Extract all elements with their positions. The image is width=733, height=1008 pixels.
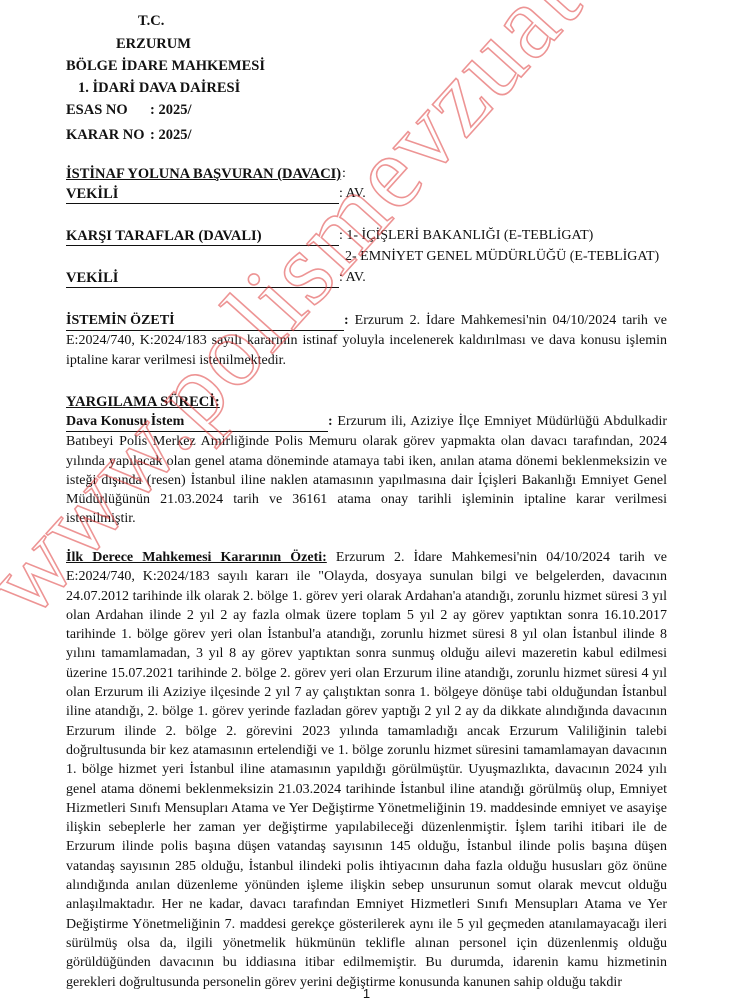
header-country: T.C. <box>138 12 164 30</box>
respondents-label: KARŞI TARAFLAR (DAVALI) <box>66 227 262 245</box>
request-summary-label: İSTEMİN ÖZETİ <box>66 311 344 331</box>
page-number: 1 <box>0 986 733 1001</box>
subject-label: Dava Konusu İstem <box>66 412 328 432</box>
respondent-attorney-value: : AV. <box>339 269 366 287</box>
first-instance-paragraph: İlk Derece Mahkemesi Kararının Özeti: Er… <box>66 548 667 992</box>
header-chamber: 1. İDARİ DAVA DAİRESİ <box>78 79 240 97</box>
respondent-attorney-label: VEKİLİ <box>66 269 118 287</box>
esas-no-label: ESAS NO <box>66 101 128 119</box>
appellant-attorney-label: VEKİLİ <box>66 185 118 203</box>
appellant-value: : <box>342 165 346 183</box>
karar-no-value: : 2025/ <box>150 126 191 144</box>
first-instance-text: Erzurum 2. İdare Mahkemesi'nin 04/10/202… <box>66 550 667 990</box>
header-city: ERZURUM <box>116 35 191 53</box>
header-court: BÖLGE İDARE MAHKEMESİ <box>66 57 265 75</box>
respondent-attorney-underline <box>66 287 339 288</box>
appellant-label: İSTİNAF YOLUNA BAŞVURAN (DAVACI) <box>66 165 341 183</box>
esas-no-value: : 2025/ <box>150 101 191 119</box>
subject-paragraph: Dava Konusu İstem: Erzurum ili, Aziziye … <box>66 412 667 529</box>
request-summary: İSTEMİN ÖZETİ: Erzurum 2. İdare Mahkemes… <box>66 311 667 370</box>
first-instance-label: İlk Derece Mahkemesi Kararının Özeti: <box>66 550 327 565</box>
respondents-underline <box>66 245 339 246</box>
respondent-2: 2- EMNİYET GENEL MÜDÜRLÜĞÜ (E-TEBLİGAT) <box>345 248 659 266</box>
request-summary-separator: : <box>344 313 349 328</box>
proceedings-heading: YARGILAMA SÜRECİ: <box>66 393 220 411</box>
respondent-1: : 1- İÇİŞLERİ BAKANLIĞI (E-TEBLİGAT) <box>339 227 593 245</box>
subject-separator: : <box>328 414 333 429</box>
appellant-attorney-value: : AV. <box>339 185 366 203</box>
document-page: T.C. ERZURUM BÖLGE İDARE MAHKEMESİ 1. İD… <box>0 0 733 1008</box>
karar-no-label: KARAR NO <box>66 126 145 144</box>
appellant-attorney-underline <box>66 203 339 204</box>
